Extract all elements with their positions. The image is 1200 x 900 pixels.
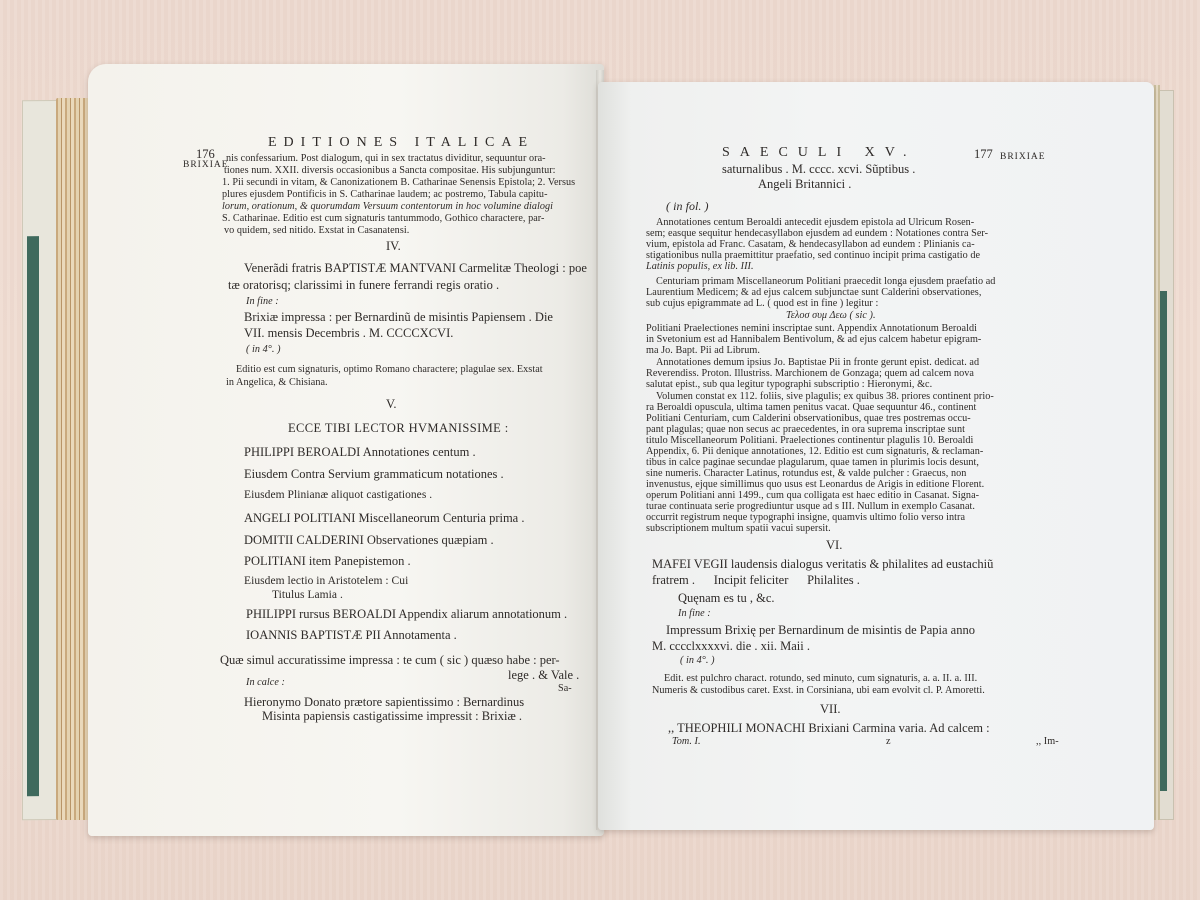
text-line: saturnalibus . M. cccc. xcvi. Sũptibus . — [722, 163, 915, 176]
greek-inscription: Τελοσ συμ Δεω ( sic ). — [786, 311, 876, 321]
text-line: Appendix, 6. Pii denique annotationes, 1… — [646, 447, 983, 457]
text-line: fratrem . Incipit feliciter Philalites . — [652, 574, 860, 587]
text-line: Edit. est pulchro charact. rotundo, sed … — [664, 674, 977, 684]
text-line: Politiani Praelectiones nemini inscripta… — [646, 324, 977, 334]
text-line: nis confessarium. Post dialogum, qui in … — [226, 154, 546, 164]
text-line: Misinta papiensis castigatissime impress… — [262, 710, 522, 723]
text-line: plures ejusdem Pontificis in S. Catharin… — [222, 190, 548, 200]
section-numeral: V. — [386, 398, 397, 411]
text-line: tibus in calce paginae secundae plagular… — [646, 458, 979, 468]
text-line: in Angelica, & Chisiana. — [226, 378, 328, 388]
text-line: subscriptionem multum spatii vacui super… — [646, 524, 831, 534]
contents-item: PHILIPPI BEROALDI Annotationes centum . — [244, 446, 476, 459]
contents-item: DOMITII CALDERINI Observationes quæpiam … — [244, 534, 494, 547]
text-line: sub cujus epigrammate ad L. ( quod est i… — [646, 299, 878, 309]
in-fine-label: In fine : — [678, 609, 711, 619]
contents-item: Eiusdem Contra Servium grammaticum notat… — [244, 468, 504, 481]
text-line: Politiani Centuriam, cum Calderini obser… — [646, 414, 971, 424]
text-line: occurrit registrum neque typographi insi… — [646, 513, 965, 523]
contents-item: Eiusdem Plinianæ aliquot castigationes . — [244, 490, 432, 502]
format-note: ( in fol. ) — [666, 200, 709, 212]
section-heading: ECCE TIBI LECTOR HVMANISSIME : — [288, 422, 509, 435]
text-line: vo quidem, sed nitido. Exstat in Casanat… — [224, 226, 409, 236]
contents-item: Titulus Lamia . — [272, 590, 343, 602]
in-fine-label: In fine : — [246, 297, 279, 307]
text-line: vium, epistola ad Franc. Casatam, & hend… — [646, 240, 975, 250]
text-line: M. cccclxxxxvi. die . xii. Maii . — [652, 640, 810, 653]
text-line: Volumen constat ex 112. foliis, sive pla… — [656, 392, 994, 402]
text-line: ra Beroaldi opuscula, ultima tamen penit… — [646, 403, 976, 413]
text-line: Brixiæ impressa : per Bernardinũ de misi… — [244, 311, 553, 324]
text-line: invenustus, ejque simillimus quo usus es… — [646, 480, 984, 490]
text-line: Hieronymo Donato prætore sapientissimo :… — [244, 696, 524, 709]
in-calce-label: In calce : — [246, 678, 285, 688]
text-line: lorum, orationum, & quorumdam Versuum co… — [222, 202, 553, 212]
text-line: sine numeris. Character Latinus, rotundu… — [646, 469, 966, 479]
text-line: Annotationes demum ipsius Jo. Baptistae … — [656, 358, 979, 368]
text-line: Impressum Brixię per Bernardinum de misi… — [666, 624, 975, 637]
text-line: tæ oratorisq; clarissimi in funere ferra… — [228, 279, 499, 292]
text-line: Reverendiss. Proton. Illustriss. Marchio… — [646, 369, 974, 379]
running-head: SAECULI XV. — [722, 146, 917, 160]
text-line: 1. Pii secundi in vitam, & Canonizatione… — [222, 178, 575, 188]
incipit: Quęnam es tu , &c. — [678, 592, 775, 605]
text-line: lege . & Vale . — [508, 669, 579, 682]
text-line: S. Catharinae. Editio est cum signaturis… — [222, 214, 544, 224]
text-line: Venerãdi fratris BAPTISTÆ MANTVANI Carme… — [244, 262, 587, 275]
text-line: MAFEI VEGII laudensis dialogus veritatis… — [652, 558, 993, 571]
margin-note: BRIXIAE — [1000, 153, 1046, 163]
contents-item: IOANNIS BAPTISTÆ PII Annotamenta . — [246, 629, 457, 642]
running-head: EDITIONES ITALICAE — [268, 136, 534, 150]
text-line: Editio est cum signaturis, optimo Romano… — [236, 365, 543, 375]
catchword: ,, Im- — [1036, 737, 1059, 747]
text-line: Angeli Britannici . — [758, 178, 851, 191]
text-line: salutat epist., sub qua legitur typograp… — [646, 380, 932, 390]
section-numeral: VII. — [820, 703, 840, 716]
text-line: pant plagulas; quae non secus ac praeced… — [646, 425, 965, 435]
contents-item: Eiusdem lectio in Aristotelem : Cui — [244, 576, 408, 588]
text-line: stigationibus nulla praemittitur praefat… — [646, 251, 980, 261]
text-line: turae continuata serie progrediuntur usq… — [646, 502, 975, 512]
text-line: Numeris & custodibus caret. Exst. in Cor… — [652, 686, 985, 696]
page-number: 177 — [974, 148, 993, 161]
text-line: Quæ simul accuratissime impressa : te cu… — [220, 654, 560, 667]
text-line: operum Politiani anni 1499., cum qua col… — [646, 491, 979, 501]
contents-item: ANGELI POLITIANI Miscellaneorum Centuria… — [244, 512, 524, 525]
format-note: ( in 4°. ) — [680, 656, 715, 666]
text-line: tiones num. XXII. diversis occasionibus … — [224, 166, 556, 176]
signature-mark: z — [886, 737, 891, 747]
page-number: 176 — [196, 148, 215, 161]
contents-item: POLITIANI item Panepistemon . — [244, 555, 411, 568]
volume-label: Tom. I. — [672, 737, 701, 747]
contents-item: PHILIPPI rursus BEROALDI Appendix aliaru… — [246, 608, 567, 621]
text-line: Centuriam primam Miscellaneorum Politian… — [656, 277, 995, 287]
section-numeral: IV. — [386, 240, 401, 253]
text-line: Laurentium Medicem; & ad ejus calcem sub… — [646, 288, 981, 298]
text-line: Latinis populis, ex lib. III. — [646, 262, 754, 272]
text-line: ma Jo. Bapt. Pii ad Librum. — [646, 346, 760, 356]
text-line: sem; easque sequitur hendecasyllabon eju… — [646, 229, 988, 239]
text-line: titulo Miscellaneorum Politiani. Praelec… — [646, 436, 973, 446]
section-numeral: VI. — [826, 539, 842, 552]
text-line: Annotationes centum Beroaldi antecedit e… — [656, 218, 974, 228]
format-note: ( in 4°. ) — [246, 345, 281, 355]
catchword: Sa- — [558, 684, 572, 694]
text-line: VII. mensis Decembris . M. CCCCXCVI. — [244, 327, 453, 340]
text-line: ,, THEOPHILI MONACHI Brixiani Carmina va… — [668, 722, 990, 735]
margin-note: BRIXIAE — [183, 161, 229, 171]
text-line: in Svetonium est ad Hannibalem Bentivolu… — [646, 335, 981, 345]
cover-cloth-strip — [27, 236, 39, 796]
